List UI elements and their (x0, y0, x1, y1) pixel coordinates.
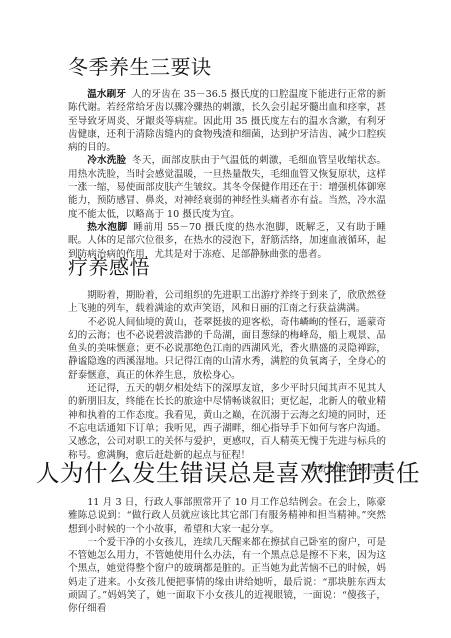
paragraph-heading: 热水泡脚 (87, 222, 127, 233)
section-blame-shifting: 人为什么发生错误总是喜欢推卸责任 11 月 3 日，行政人事部照常开了 10 月… (68, 459, 386, 616)
paragraph: 一个爱干净的小女孩儿，连续几天醒来都在擦拭自己卧室的窗户，可是不管她怎么用力，不… (68, 536, 386, 616)
paragraph: 温水刷牙人的牙齿在 35－36.5 摄氏度的口腔温度下能进行正常的新陈代谢。若经… (68, 88, 386, 154)
paragraph: 冷水洗脸冬天，面部皮肤由于气温低的刺激，毛细血管呈收缩状态。用热水洗脸，当时会感… (68, 154, 386, 220)
section-title: 人为什么发生错误总是喜欢推卸责任 (36, 459, 386, 487)
document-page: 冬季养生三要诀 温水刷牙人的牙齿在 35－36.5 摄氏度的口腔温度下能进行正常… (0, 0, 451, 638)
section-title: 冬季养生三要诀 (68, 55, 386, 79)
paragraph: 11 月 3 日，行政人事部照常开了 10 月工作总结例会。在会上，陈豪雅陈总说… (68, 496, 386, 536)
section-recuperation-reflection: 疗养感悟 期盼着，期盼着，公司组织的先进职工出游疗养终于到来了，欣欣然登上飞驰的… (68, 255, 386, 476)
section-title: 疗养感悟 (68, 255, 386, 279)
paragraph: 期盼着，期盼着，公司组织的先进职工出游疗养终于到来了，欣欣然登上飞驰的列车，载着… (68, 289, 386, 316)
section-winter-health: 冬季养生三要诀 温水刷牙人的牙齿在 35－36.5 摄氏度的口腔温度下能进行正常… (68, 55, 386, 261)
paragraph: 还记得，五天的朝夕相处结下的深厚友谊，多少平时只闻其声不见其人的新朋旧友，终能在… (68, 382, 386, 462)
paragraph-heading: 温水刷牙 (87, 89, 126, 100)
paragraph-heading: 冷水洗脸 (87, 155, 126, 166)
paragraph: 不必说人间仙境的黄山，苍翠挺拔的迎客松，奇伟嶙峋的怪石，遥蒙奇幻的云海；也不必说… (68, 316, 386, 382)
